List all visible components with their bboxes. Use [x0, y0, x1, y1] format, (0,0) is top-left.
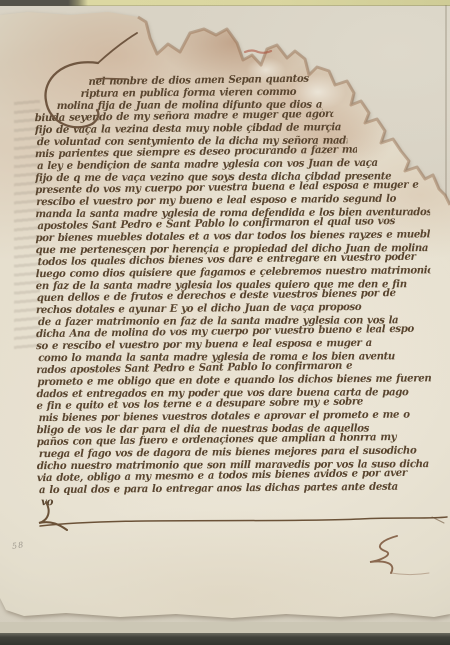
- text-block: nel nonbre de dios amen Sepan quantos es…: [0, 0, 450, 645]
- folio-number: 58: [11, 540, 24, 551]
- manuscript-line: riptura en publica forma vieren commo: [81, 87, 304, 101]
- manuscript-line: vo: [41, 495, 432, 509]
- manuscript-scan: nel nonbre de dios amen Sepan quantos es…: [0, 0, 450, 645]
- scanner-bottom-edge: [0, 633, 450, 645]
